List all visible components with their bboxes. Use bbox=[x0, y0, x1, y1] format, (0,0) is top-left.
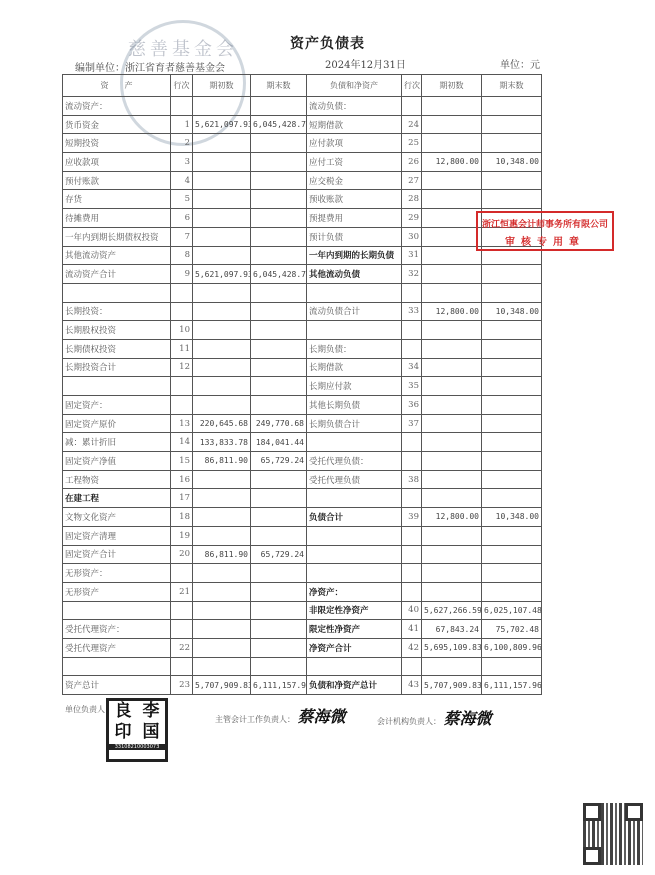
asset-begin-value: 133,833.78 bbox=[193, 433, 251, 452]
liability-end-value: 10,348.00 bbox=[482, 302, 542, 321]
header-info: 编制单位：浙江省育者慈善基金会 2024年12月31日 单位：元 bbox=[75, 59, 540, 73]
accounting-head-signature: 蔡海微 bbox=[298, 707, 346, 726]
liability-name: 长期负债合计 bbox=[307, 414, 402, 433]
asset-begin-value bbox=[193, 321, 251, 340]
asset-name: 无形资产： bbox=[63, 564, 171, 583]
asset-row-no: 23 bbox=[171, 676, 193, 695]
seal-code: 3310821000307З bbox=[109, 744, 165, 750]
liability-name: 受托代理负债 bbox=[307, 470, 402, 489]
liability-end-value: 10,348.00 bbox=[482, 153, 542, 172]
asset-name bbox=[63, 283, 171, 302]
asset-begin-value bbox=[193, 620, 251, 639]
asset-end-value: 65,729.24 bbox=[251, 452, 307, 471]
liability-begin-value bbox=[422, 582, 482, 601]
liability-row-no bbox=[402, 657, 422, 676]
liability-name: 负债和净资产总计 bbox=[307, 676, 402, 695]
asset-row-no: 1 bbox=[171, 115, 193, 134]
table-row: 固定资产清理19 bbox=[63, 526, 542, 545]
table-row: 货币资金15,621,097.936,045,428.72短期借款24 bbox=[63, 115, 542, 134]
liability-row-no: 39 bbox=[402, 508, 422, 527]
asset-row-no bbox=[171, 564, 193, 583]
asset-begin-value bbox=[193, 470, 251, 489]
asset-row-no: 17 bbox=[171, 489, 193, 508]
asset-begin-value: 5,621,097.93 bbox=[193, 115, 251, 134]
header-assets: 资 产 bbox=[63, 75, 171, 97]
liability-end-value bbox=[482, 283, 542, 302]
table-row: 长期投资合计12长期借款34 bbox=[63, 358, 542, 377]
asset-begin-value bbox=[193, 97, 251, 116]
asset-row-no: 10 bbox=[171, 321, 193, 340]
seal-char: 李 bbox=[137, 701, 165, 722]
asset-end-value bbox=[251, 582, 307, 601]
asset-end-value: 184,041.44 bbox=[251, 433, 307, 452]
accounting-head: 主管会计工作负责人： 蔡海微 bbox=[215, 704, 346, 727]
asset-end-value: 6,045,428.72 bbox=[251, 115, 307, 134]
liability-row-no bbox=[402, 545, 422, 564]
liability-end-value bbox=[482, 470, 542, 489]
qr-code-icon bbox=[583, 803, 643, 865]
asset-begin-value bbox=[193, 227, 251, 246]
liability-end-value bbox=[482, 321, 542, 340]
liability-name: 负债合计 bbox=[307, 508, 402, 527]
liability-row-no: 37 bbox=[402, 414, 422, 433]
liability-begin-value bbox=[422, 115, 482, 134]
asset-row-no bbox=[171, 396, 193, 415]
currency-unit: 单位：元 bbox=[500, 56, 540, 71]
liability-begin-value bbox=[422, 433, 482, 452]
asset-begin-value bbox=[193, 134, 251, 153]
table-row: 短期投资2应付款项25 bbox=[63, 134, 542, 153]
table-row: 减：累计折旧14133,833.78184,041.44 bbox=[63, 433, 542, 452]
liability-begin-value bbox=[422, 209, 482, 228]
asset-row-no: 13 bbox=[171, 414, 193, 433]
liability-name: 长期应付款 bbox=[307, 377, 402, 396]
asset-begin-value: 5,707,909.83 bbox=[193, 676, 251, 695]
liability-row-no bbox=[402, 526, 422, 545]
liability-end-value bbox=[482, 452, 542, 471]
asset-begin-value bbox=[193, 171, 251, 190]
agency-head: 会计机构负责人： 蔡海微 bbox=[377, 706, 492, 729]
liability-name: 长期借款 bbox=[307, 358, 402, 377]
liability-begin-value bbox=[422, 227, 482, 246]
table-row: 长期投资：流动负债合计3312,800.0010,348.00 bbox=[63, 302, 542, 321]
liability-row-no: 42 bbox=[402, 638, 422, 657]
asset-name: 受托代理资产： bbox=[63, 620, 171, 639]
asset-end-value: 6,111,157.96 bbox=[251, 676, 307, 695]
asset-row-no: 14 bbox=[171, 433, 193, 452]
liability-begin-value bbox=[422, 171, 482, 190]
asset-begin-value bbox=[193, 283, 251, 302]
liability-name bbox=[307, 321, 402, 340]
liability-row-no: 32 bbox=[402, 265, 422, 284]
table-row: 受托代理资产22净资产合计425,695,109.836,100,809.96 bbox=[63, 638, 542, 657]
asset-begin-value bbox=[193, 209, 251, 228]
liability-row-no bbox=[402, 97, 422, 116]
asset-name: 预付账款 bbox=[63, 171, 171, 190]
asset-name: 无形资产 bbox=[63, 582, 171, 601]
liability-name: 预计负债 bbox=[307, 227, 402, 246]
asset-name: 短期投资 bbox=[63, 134, 171, 153]
liability-name: 流动负债合计 bbox=[307, 302, 402, 321]
liability-end-value bbox=[482, 115, 542, 134]
asset-name: 长期投资： bbox=[63, 302, 171, 321]
liability-begin-value bbox=[422, 489, 482, 508]
table-row: 长期债权投资11长期负债： bbox=[63, 339, 542, 358]
table-row: 长期股权投资10 bbox=[63, 321, 542, 340]
table-row: 文物文化资产18负债合计3912,800.0010,348.00 bbox=[63, 508, 542, 527]
liability-begin-value: 12,800.00 bbox=[422, 302, 482, 321]
liability-name bbox=[307, 489, 402, 508]
table-row bbox=[63, 657, 542, 676]
seal-char: 国 bbox=[137, 722, 165, 743]
liability-begin-value bbox=[422, 321, 482, 340]
table-row: 非限定性净资产405,627,266.596,025,107.48 bbox=[63, 601, 542, 620]
seal-char: 印 bbox=[109, 722, 137, 743]
liability-row-no: 43 bbox=[402, 676, 422, 695]
asset-row-no: 8 bbox=[171, 246, 193, 265]
table-row: 存货5预收账款28 bbox=[63, 190, 542, 209]
asset-name: 长期投资合计 bbox=[63, 358, 171, 377]
asset-end-value: 65,729.24 bbox=[251, 545, 307, 564]
asset-row-no bbox=[171, 283, 193, 302]
asset-end-value bbox=[251, 377, 307, 396]
asset-begin-value: 220,645.68 bbox=[193, 414, 251, 433]
asset-row-no: 22 bbox=[171, 638, 193, 657]
table-row: 固定资产净值1586,811.9065,729.24受托代理负债： bbox=[63, 452, 542, 471]
liability-row-no: 36 bbox=[402, 396, 422, 415]
asset-end-value bbox=[251, 358, 307, 377]
asset-name: 长期债权投资 bbox=[63, 339, 171, 358]
liability-name bbox=[307, 657, 402, 676]
table-row: 待摊费用6预提费用29 bbox=[63, 209, 542, 228]
asset-name: 应收款项 bbox=[63, 153, 171, 172]
asset-row-no: 15 bbox=[171, 452, 193, 471]
liability-begin-value bbox=[422, 414, 482, 433]
asset-row-no: 21 bbox=[171, 582, 193, 601]
liability-end-value bbox=[482, 377, 542, 396]
asset-name: 货币资金 bbox=[63, 115, 171, 134]
liability-begin-value bbox=[422, 134, 482, 153]
asset-end-value bbox=[251, 153, 307, 172]
table-row: 应收款项3应付工资2612,800.0010,348.00 bbox=[63, 153, 542, 172]
asset-begin-value: 86,811.90 bbox=[193, 545, 251, 564]
liability-end-value bbox=[482, 433, 542, 452]
table-row: 受托代理资产：限定性净资产4167,843.2475,702.48 bbox=[63, 620, 542, 639]
liability-row-no: 33 bbox=[402, 302, 422, 321]
liability-begin-value bbox=[422, 452, 482, 471]
asset-end-value bbox=[251, 601, 307, 620]
asset-end-value bbox=[251, 283, 307, 302]
asset-row-no: 18 bbox=[171, 508, 193, 527]
audit-seal-purpose: 审核专用章 bbox=[478, 233, 612, 248]
liability-end-value bbox=[482, 265, 542, 284]
asset-name bbox=[63, 657, 171, 676]
asset-row-no bbox=[171, 377, 193, 396]
asset-name: 减：累计折旧 bbox=[63, 433, 171, 452]
liability-end-value bbox=[482, 582, 542, 601]
liability-end-value bbox=[482, 396, 542, 415]
asset-begin-value bbox=[193, 246, 251, 265]
liability-row-no bbox=[402, 433, 422, 452]
asset-name: 固定资产净值 bbox=[63, 452, 171, 471]
asset-row-no: 4 bbox=[171, 171, 193, 190]
liability-name: 其他流动负债 bbox=[307, 265, 402, 284]
asset-end-value bbox=[251, 564, 307, 583]
liability-end-value bbox=[482, 97, 542, 116]
table-row bbox=[63, 283, 542, 302]
asset-name bbox=[63, 601, 171, 620]
liability-name: 应交税金 bbox=[307, 171, 402, 190]
asset-row-no: 20 bbox=[171, 545, 193, 564]
asset-row-no: 16 bbox=[171, 470, 193, 489]
table-row: 无形资产21净资产： bbox=[63, 582, 542, 601]
liability-begin-value bbox=[422, 97, 482, 116]
liability-end-value: 6,100,809.96 bbox=[482, 638, 542, 657]
liability-end-value bbox=[482, 414, 542, 433]
liability-end-value bbox=[482, 564, 542, 583]
asset-name: 固定资产原价 bbox=[63, 414, 171, 433]
liability-name: 净资产： bbox=[307, 582, 402, 601]
table-row: 资产总计235,707,909.836,111,157.96负债和净资产总计43… bbox=[63, 676, 542, 695]
liability-end-value: 75,702.48 bbox=[482, 620, 542, 639]
liability-name: 其他长期负债 bbox=[307, 396, 402, 415]
asset-name: 受托代理资产 bbox=[63, 638, 171, 657]
liability-row-no: 26 bbox=[402, 153, 422, 172]
liability-end-value bbox=[482, 358, 542, 377]
liability-end-value bbox=[482, 190, 542, 209]
liability-row-no: 28 bbox=[402, 190, 422, 209]
asset-begin-value bbox=[193, 377, 251, 396]
liability-row-no: 31 bbox=[402, 246, 422, 265]
asset-end-value: 6,045,428.72 bbox=[251, 265, 307, 284]
asset-begin-value: 86,811.90 bbox=[193, 452, 251, 471]
liability-row-no: 25 bbox=[402, 134, 422, 153]
accounting-head-label: 主管会计工作负责人： bbox=[215, 715, 295, 724]
liability-name: 短期借款 bbox=[307, 115, 402, 134]
asset-begin-value bbox=[193, 339, 251, 358]
liability-begin-value bbox=[422, 470, 482, 489]
liability-begin-value: 5,707,909.83 bbox=[422, 676, 482, 695]
liability-begin-value bbox=[422, 657, 482, 676]
asset-end-value bbox=[251, 190, 307, 209]
liability-begin-value bbox=[422, 246, 482, 265]
org-label: 编制单位：浙江省育者慈善基金会 bbox=[75, 59, 225, 74]
liability-name bbox=[307, 433, 402, 452]
asset-row-no: 3 bbox=[171, 153, 193, 172]
liability-name: 限定性净资产 bbox=[307, 620, 402, 639]
audit-seal: 浙江恒惠会计师事务所有限公司 审核专用章 bbox=[476, 211, 614, 251]
asset-end-value bbox=[251, 620, 307, 639]
table-row: 流动资产：流动负债： bbox=[63, 97, 542, 116]
asset-begin-value: 5,621,097.93 bbox=[193, 265, 251, 284]
liability-name bbox=[307, 283, 402, 302]
asset-end-value bbox=[251, 470, 307, 489]
liability-begin-value bbox=[422, 526, 482, 545]
liability-name: 净资产合计 bbox=[307, 638, 402, 657]
liability-begin-value bbox=[422, 358, 482, 377]
asset-row-no bbox=[171, 302, 193, 321]
asset-name: 一年内到期长期债权投资 bbox=[63, 227, 171, 246]
asset-name: 待摊费用 bbox=[63, 209, 171, 228]
asset-end-value bbox=[251, 321, 307, 340]
asset-row-no bbox=[171, 657, 193, 676]
asset-end-value bbox=[251, 171, 307, 190]
asset-end-value: 249,770.68 bbox=[251, 414, 307, 433]
liability-row-no: 41 bbox=[402, 620, 422, 639]
liability-name: 长期负债： bbox=[307, 339, 402, 358]
header-begin: 期初数 bbox=[193, 75, 251, 97]
asset-row-no: 19 bbox=[171, 526, 193, 545]
agency-head-label: 会计机构负责人： bbox=[377, 717, 441, 726]
liability-name: 一年内到期的长期负债 bbox=[307, 246, 402, 265]
asset-row-no: 5 bbox=[171, 190, 193, 209]
header-end: 期末数 bbox=[251, 75, 307, 97]
liability-end-value bbox=[482, 171, 542, 190]
liability-end-value: 6,111,157.96 bbox=[482, 676, 542, 695]
liability-row-no: 30 bbox=[402, 227, 422, 246]
liability-row-no: 27 bbox=[402, 171, 422, 190]
asset-end-value bbox=[251, 396, 307, 415]
liability-row-no bbox=[402, 582, 422, 601]
asset-begin-value bbox=[193, 564, 251, 583]
asset-row-no bbox=[171, 620, 193, 639]
liability-end-value: 6,025,107.48 bbox=[482, 601, 542, 620]
asset-name: 长期股权投资 bbox=[63, 321, 171, 340]
table-row: 固定资产合计2086,811.9065,729.24 bbox=[63, 545, 542, 564]
asset-begin-value bbox=[193, 582, 251, 601]
header-row-no-2: 行次 bbox=[402, 75, 422, 97]
liability-row-no bbox=[402, 452, 422, 471]
liability-end-value bbox=[482, 339, 542, 358]
asset-end-value bbox=[251, 489, 307, 508]
liability-name: 流动负债： bbox=[307, 97, 402, 116]
asset-begin-value bbox=[193, 190, 251, 209]
seal-char: 良 bbox=[109, 701, 137, 722]
asset-name: 存货 bbox=[63, 190, 171, 209]
liability-name bbox=[307, 545, 402, 564]
asset-end-value bbox=[251, 227, 307, 246]
asset-name: 在建工程 bbox=[63, 489, 171, 508]
asset-name: 流动资产： bbox=[63, 97, 171, 116]
asset-begin-value bbox=[193, 153, 251, 172]
header-liabilities: 负债和净资产 bbox=[307, 75, 402, 97]
liability-name: 应付工资 bbox=[307, 153, 402, 172]
liability-begin-value: 5,627,266.59 bbox=[422, 601, 482, 620]
liability-row-no: 35 bbox=[402, 377, 422, 396]
liability-begin-value bbox=[422, 190, 482, 209]
liability-row-no bbox=[402, 283, 422, 302]
asset-row-no: 12 bbox=[171, 358, 193, 377]
header-row-no: 行次 bbox=[171, 75, 193, 97]
liability-begin-value bbox=[422, 283, 482, 302]
asset-row-no: 6 bbox=[171, 209, 193, 228]
liability-row-no: 40 bbox=[402, 601, 422, 620]
table-row: 在建工程17 bbox=[63, 489, 542, 508]
liability-row-no: 29 bbox=[402, 209, 422, 228]
audit-seal-firm: 浙江恒惠会计师事务所有限公司 bbox=[478, 217, 612, 230]
table-row: 其他流动资产8一年内到期的长期负债31 bbox=[63, 246, 542, 265]
asset-name bbox=[63, 377, 171, 396]
document-title: 资产负债表 bbox=[0, 33, 655, 53]
balance-sheet-table: 资 产 行次 期初数 期末数 负债和净资产 行次 期初数 期末数 流动资产：流动… bbox=[62, 74, 542, 695]
agency-head-signature: 蔡海微 bbox=[444, 709, 492, 728]
personal-seal: 良 李 印 国 3310821000307З bbox=[106, 698, 168, 762]
liability-begin-value: 5,695,109.83 bbox=[422, 638, 482, 657]
liability-end-value bbox=[482, 526, 542, 545]
liability-end-value bbox=[482, 489, 542, 508]
liability-end-value bbox=[482, 657, 542, 676]
asset-name: 文物文化资产 bbox=[63, 508, 171, 527]
asset-begin-value bbox=[193, 638, 251, 657]
asset-end-value bbox=[251, 638, 307, 657]
asset-name: 固定资产合计 bbox=[63, 545, 171, 564]
asset-name: 资产总计 bbox=[63, 676, 171, 695]
liability-row-no bbox=[402, 489, 422, 508]
liability-begin-value bbox=[422, 265, 482, 284]
header-begin-2: 期初数 bbox=[422, 75, 482, 97]
asset-begin-value bbox=[193, 489, 251, 508]
liability-begin-value: 12,800.00 bbox=[422, 508, 482, 527]
liability-name: 预提费用 bbox=[307, 209, 402, 228]
table-row: 预付账款4应交税金27 bbox=[63, 171, 542, 190]
asset-begin-value bbox=[193, 358, 251, 377]
asset-name: 流动资产合计 bbox=[63, 265, 171, 284]
asset-end-value bbox=[251, 97, 307, 116]
liability-name: 受托代理负债： bbox=[307, 452, 402, 471]
asset-row-no: 7 bbox=[171, 227, 193, 246]
table-row: 无形资产： bbox=[63, 564, 542, 583]
liability-name bbox=[307, 564, 402, 583]
liability-row-no bbox=[402, 564, 422, 583]
liability-begin-value: 67,843.24 bbox=[422, 620, 482, 639]
asset-end-value bbox=[251, 134, 307, 153]
asset-name: 其他流动资产 bbox=[63, 246, 171, 265]
liability-end-value bbox=[482, 134, 542, 153]
asset-begin-value bbox=[193, 396, 251, 415]
liability-begin-value bbox=[422, 377, 482, 396]
table-row: 流动资产合计95,621,097.936,045,428.72其他流动负债32 bbox=[63, 265, 542, 284]
asset-begin-value bbox=[193, 302, 251, 321]
liability-begin-value: 12,800.00 bbox=[422, 153, 482, 172]
liability-end-value: 10,348.00 bbox=[482, 508, 542, 527]
liability-begin-value bbox=[422, 564, 482, 583]
table-row: 固定资产：其他长期负债36 bbox=[63, 396, 542, 415]
liability-name bbox=[307, 526, 402, 545]
asset-end-value bbox=[251, 508, 307, 527]
liability-row-no: 24 bbox=[402, 115, 422, 134]
asset-row-no: 11 bbox=[171, 339, 193, 358]
round-seal-text: 慈善基金会 bbox=[123, 35, 243, 61]
liability-begin-value bbox=[422, 545, 482, 564]
asset-end-value bbox=[251, 209, 307, 228]
asset-end-value bbox=[251, 526, 307, 545]
asset-name: 固定资产： bbox=[63, 396, 171, 415]
report-date: 2024年12月31日 bbox=[325, 56, 406, 71]
asset-row-no bbox=[171, 97, 193, 116]
table-row: 一年内到期长期债权投资7预计负债30 bbox=[63, 227, 542, 246]
asset-begin-value bbox=[193, 657, 251, 676]
asset-row-no: 9 bbox=[171, 265, 193, 284]
table-row: 工程物资16受托代理负债38 bbox=[63, 470, 542, 489]
asset-name: 固定资产清理 bbox=[63, 526, 171, 545]
liability-name: 预收账款 bbox=[307, 190, 402, 209]
liability-row-no bbox=[402, 321, 422, 340]
liability-end-value bbox=[482, 545, 542, 564]
liability-row-no bbox=[402, 339, 422, 358]
asset-name: 工程物资 bbox=[63, 470, 171, 489]
asset-end-value bbox=[251, 657, 307, 676]
header-end-2: 期末数 bbox=[482, 75, 542, 97]
